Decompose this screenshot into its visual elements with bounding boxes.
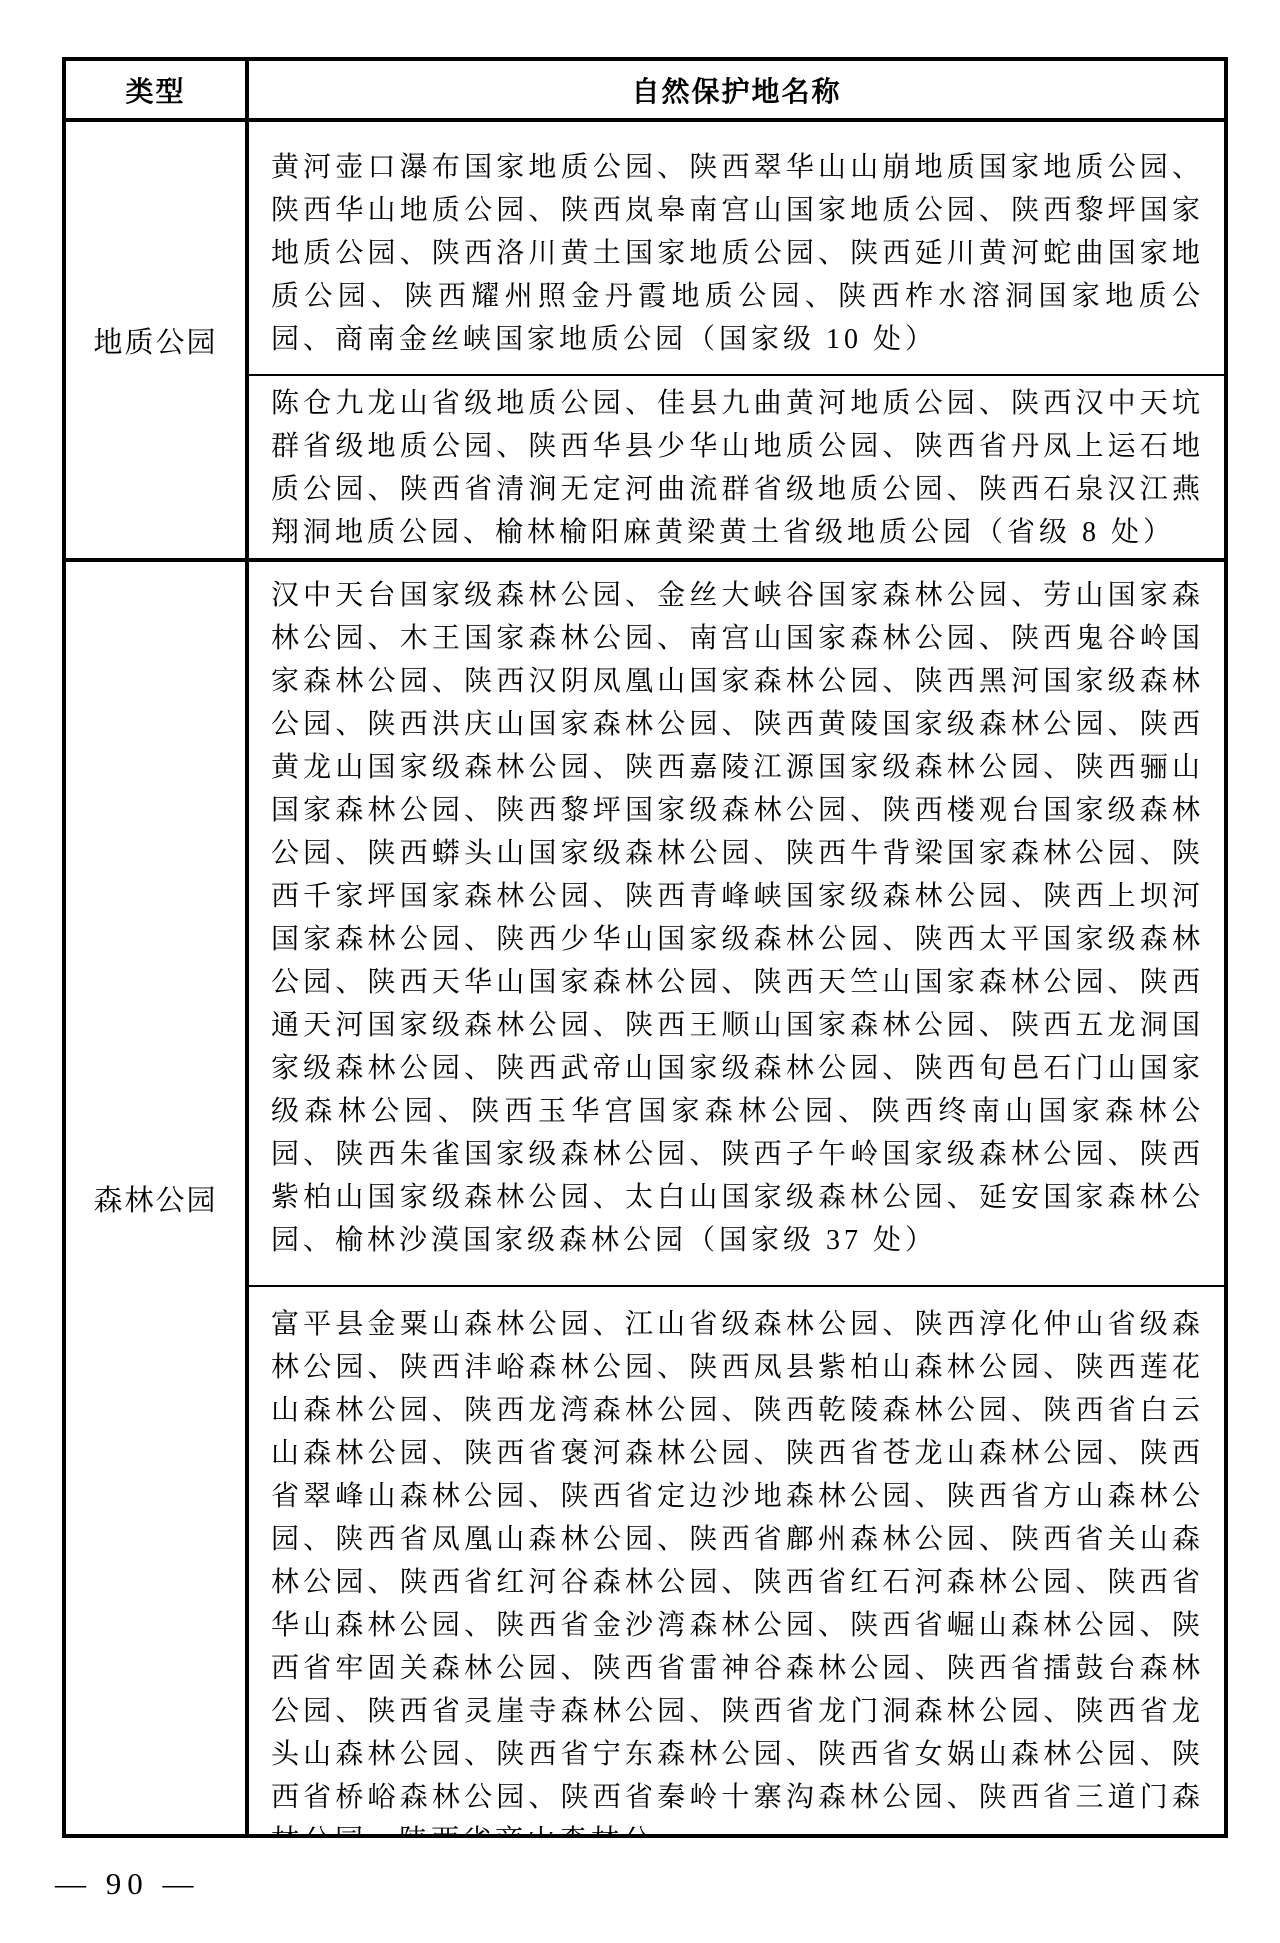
table-header-row: 类型 自然保护地名称 bbox=[66, 61, 1224, 122]
geoparks-cells: 黄河壶口瀑布国家地质公园、陕西翠华山山崩地质国家地质公园、陕西华山地质公园、陕西… bbox=[249, 122, 1224, 558]
forestparks-national-cell: 汉中天台国家级森林公园、金丝大峡谷国家森林公园、劳山国家森林公园、木王国家森林公… bbox=[249, 562, 1224, 1285]
page-number: — 90 — bbox=[55, 1866, 200, 1902]
row-label-geoparks: 地质公园 bbox=[66, 122, 249, 558]
forestparks-cells: 汉中天台国家级森林公园、金丝大峡谷国家森林公园、劳山国家森林公园、木王国家森林公… bbox=[249, 562, 1224, 1834]
header-cell-name: 自然保护地名称 bbox=[249, 61, 1224, 118]
table-row-geoparks: 地质公园 黄河壶口瀑布国家地质公园、陕西翠华山山崩地质国家地质公园、陕西华山地质… bbox=[66, 122, 1224, 558]
geoparks-provincial-cell: 陈仓九龙山省级地质公园、佳县九曲黄河地质公园、陕西汉中天坑群省级地质公园、陕西华… bbox=[249, 374, 1224, 558]
geoparks-national-cell: 黄河壶口瀑布国家地质公园、陕西翠华山山崩地质国家地质公园、陕西华山地质公园、陕西… bbox=[249, 122, 1224, 374]
row-label-forestparks: 森林公园 bbox=[66, 562, 249, 1834]
protected-areas-table: 类型 自然保护地名称 地质公园 黄河壶口瀑布国家地质公园、陕西翠华山山崩地质国家… bbox=[62, 57, 1228, 1838]
forestparks-provincial-cell: 富平县金粟山森林公园、江山省级森林公园、陕西淳化仲山省级森林公园、陕西沣峪森林公… bbox=[249, 1285, 1224, 1834]
header-cell-type: 类型 bbox=[66, 61, 249, 118]
table-row-forestparks: 森林公园 汉中天台国家级森林公园、金丝大峡谷国家森林公园、劳山国家森林公园、木王… bbox=[66, 558, 1224, 1834]
